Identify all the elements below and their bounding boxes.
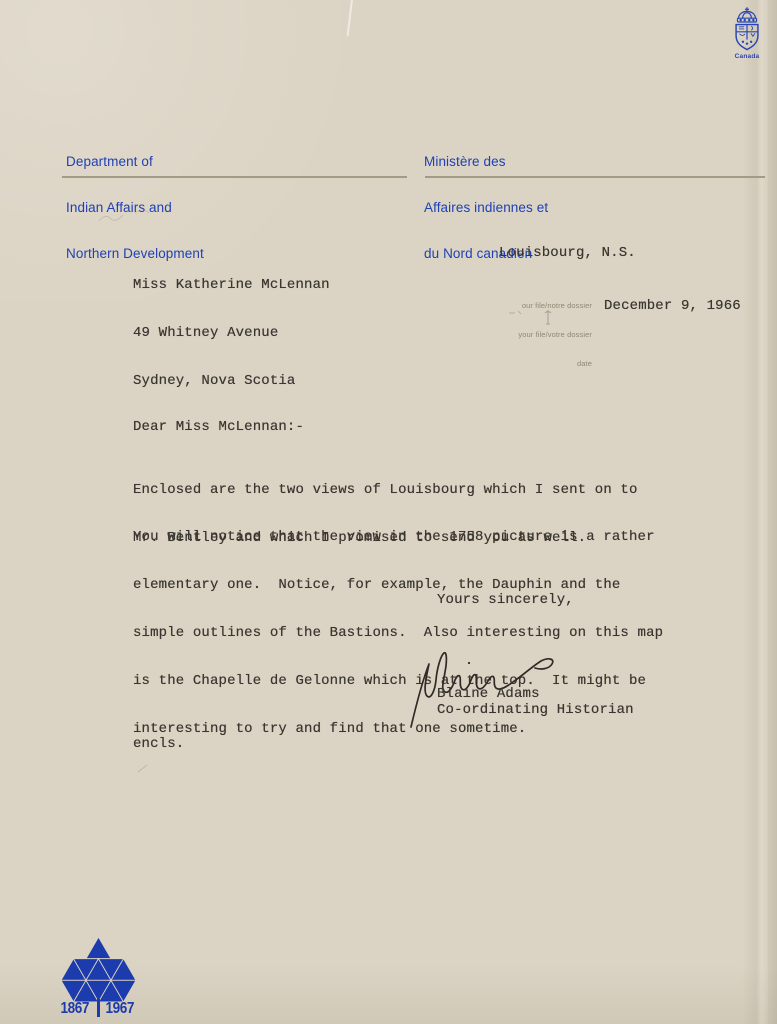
paper-edge-right — [768, 0, 777, 1024]
letterhead-french: Ministère des Affaires indiennes et du N… — [424, 124, 548, 291]
body-line: is the Chapelle de Gelonne which is at t… — [133, 673, 663, 689]
canada-wordmark: Canada — [727, 53, 767, 60]
pencil-mark — [505, 305, 565, 335]
centennial-stem — [97, 999, 100, 1017]
letterhead-line: Department of — [66, 154, 204, 169]
letter-page: Canada Department of Indian Affairs and … — [0, 0, 777, 1024]
recipient-name: Miss Katherine McLennan — [133, 277, 330, 293]
body-line: Enclosed are the two views of Louisbourg… — [133, 482, 638, 498]
letterhead-rule-left — [62, 176, 407, 178]
body-paragraph-2: You will notice that the view in the 175… — [133, 497, 663, 769]
origin-line: Louisbourg, N.S. — [499, 245, 636, 261]
salutation: Dear Miss McLennan:- — [133, 419, 304, 435]
signature-name: Blaine Adams — [437, 686, 540, 702]
recipient-city: Sydney, Nova Scotia — [133, 373, 330, 389]
body-line: interesting to try and find that one som… — [133, 721, 663, 737]
centennial-year-left: 1867 — [61, 1000, 90, 1018]
file-label: date — [460, 359, 592, 369]
body-line: You will notice that the view in the 175… — [133, 529, 663, 545]
canada-coat-of-arms-icon — [727, 5, 767, 55]
body-line: elementary one. Notice, for example, the… — [133, 577, 663, 593]
paper-crease-right — [742, 0, 768, 1024]
letterhead-rule-right — [425, 176, 765, 178]
recipient-address: Miss Katherine McLennan 49 Whitney Avenu… — [133, 245, 330, 421]
body-line: simple outlines of the Bastions. Also in… — [133, 625, 663, 641]
recipient-street: 49 Whitney Avenue — [133, 325, 330, 341]
date-line: December 9, 1966 — [604, 298, 741, 314]
pencil-mark — [136, 762, 150, 774]
centennial-maple-leaf-icon — [61, 937, 136, 1002]
enclosure-note: encls. — [133, 736, 184, 752]
pencil-mark — [95, 203, 175, 229]
letterhead-line: Affaires indiennes et — [424, 200, 548, 215]
centennial-year-right: 1967 — [106, 1000, 135, 1018]
letterhead-line: Ministère des — [424, 154, 548, 169]
closing: Yours sincerely, — [437, 592, 574, 608]
signature-title: Co-ordinating Historian — [437, 702, 634, 718]
